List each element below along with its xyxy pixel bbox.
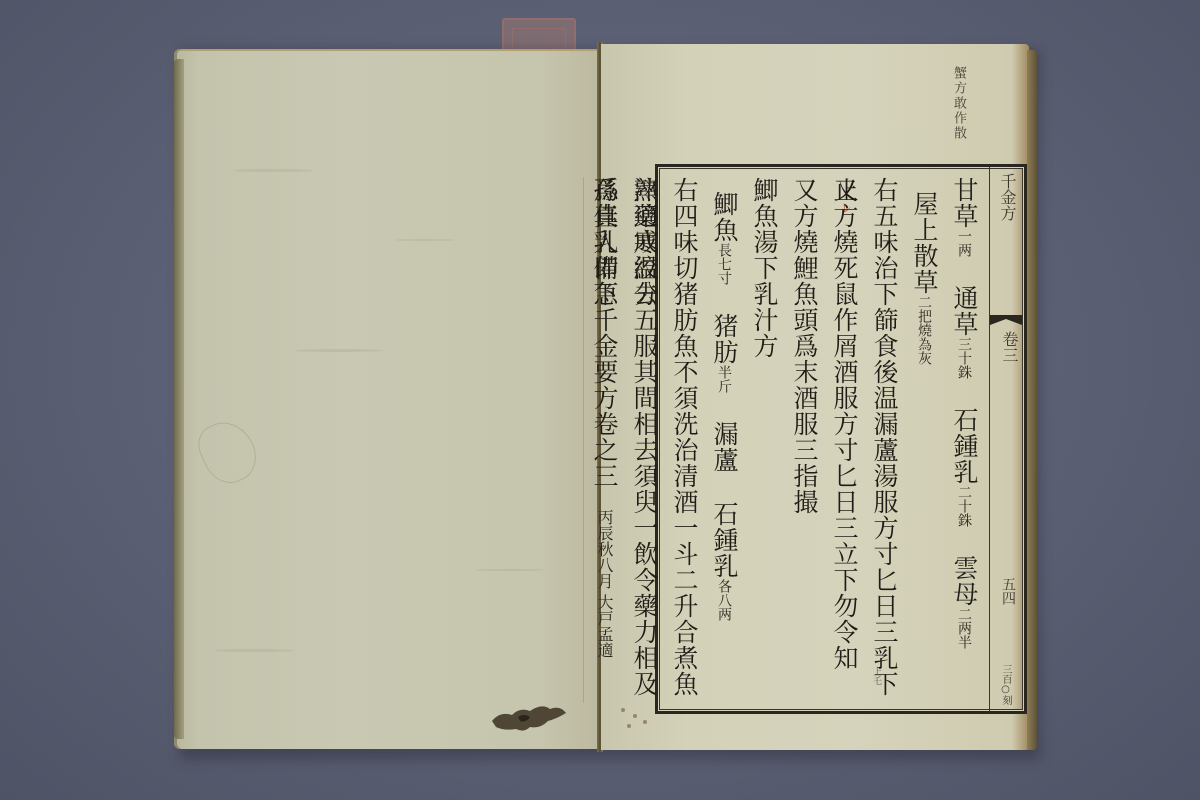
dosage-note: 三十銖: [956, 337, 972, 379]
text-columns: 甘草一两通草三十銖石鍾乳二十銖雲母二两半 屋上散草二把燒為灰 右五味治下篩食後温…: [666, 177, 984, 703]
dosage-note: 二两半: [956, 607, 972, 649]
hanshin-volume: 卷三: [998, 331, 1021, 363]
ingredient: 雲母: [950, 555, 979, 607]
dosage-note: 各八两: [716, 579, 732, 621]
dosage-note: 一两: [956, 229, 972, 257]
paper-fiber: [394, 239, 454, 241]
right-page: 蟹方敢作散 千金方 卷三 五四 三百○刻 甘草一两通草三十銖石鍾乳二十銖雲母二两…: [601, 44, 1029, 750]
dosage-note: 二十銖: [956, 485, 972, 527]
right-page-edge: [1027, 50, 1037, 750]
paper-fiber: [214, 649, 294, 652]
ingredient: 屋上散草: [910, 191, 939, 295]
dosage-note: 二把燒為灰: [916, 295, 932, 365]
hanshin-title: 千金方: [996, 173, 1019, 221]
text-column: 鯽魚湯下乳汁方: [744, 177, 784, 703]
printed-text-frame: 千金方 卷三 五四 三百○刻 甘草一两通草三十銖石鍾乳二十銖雲母二两半 屋上散草…: [655, 164, 1027, 714]
text-column: 右四味切猪肪魚不須洗治清酒一斗二升合煮魚熟藥成絞去: [664, 177, 704, 703]
ingredient: 石鍾乳: [710, 501, 739, 579]
paper-fiber: [474, 569, 544, 571]
left-page: [174, 49, 600, 749]
ingredient: 漏蘆: [710, 421, 739, 473]
text-column: 孫真人備急千金要方卷之三丙辰秋八月 大戸孟適: [583, 177, 624, 703]
text-column: 屋上散草二把燒為灰: [904, 177, 944, 703]
left-page-edge: [174, 59, 184, 739]
text-column: 又方燒鯉魚頭爲末酒服三指撮: [784, 177, 824, 703]
handwritten-marginal-note: 蟹方敢作散: [950, 66, 968, 141]
hanshin-count: 三百○刻: [998, 664, 1013, 705]
recipe-title: 鯽魚湯下乳汁方: [750, 177, 779, 359]
ingredient: 通草: [950, 285, 979, 337]
worm-damage-stain: [490, 699, 572, 735]
block-center-column: 千金方 卷三 五四 三百○刻: [989, 167, 1022, 711]
ingredient: 石鍾乳: [950, 407, 979, 485]
text-column: 滓適寒温分五服其間相去須臾一飲令藥力相及爲佳乳即下: [624, 177, 664, 703]
paper-specks: [619, 704, 659, 734]
fishtail-mark-icon: [990, 315, 1022, 325]
hanshin-page-number: 五四: [998, 577, 1018, 605]
ingredient: 甘草: [950, 177, 979, 229]
text-column: 甘草一两通草三十銖石鍾乳二十銖雲母二两半: [944, 177, 984, 703]
colophon-date: 丙辰秋八月 大戸孟適: [595, 509, 614, 658]
instruction-text: 又方燒死鼠作屑酒服方寸匕日三立下勿令知: [830, 177, 859, 671]
text-column: 鯽魚長七寸猪肪半斤漏蘆石鍾乳各八两: [704, 177, 744, 703]
instruction-text: 又方燒鯉魚頭爲末酒服三指撮: [790, 177, 819, 515]
dosage-note: 半斤: [716, 365, 732, 393]
volume-end-title: 孫真人備急千金要方卷之三: [590, 177, 619, 489]
ingredient: 猪肪: [710, 313, 739, 365]
dosage-note: 長七寸: [716, 243, 732, 285]
text-column: 右五味治下篩食後温漏蘆湯服方寸匕日三乳下止レ: [864, 177, 904, 703]
faint-stain-mark: [191, 413, 264, 491]
text-column: 又方燒死鼠作屑酒服方寸匕日三立下勿令知: [824, 177, 864, 703]
paper-fiber: [294, 349, 384, 352]
ingredient: 鯽魚: [710, 191, 739, 243]
paper-fiber: [234, 169, 314, 172]
small-page-mark: 上乇: [870, 667, 883, 685]
